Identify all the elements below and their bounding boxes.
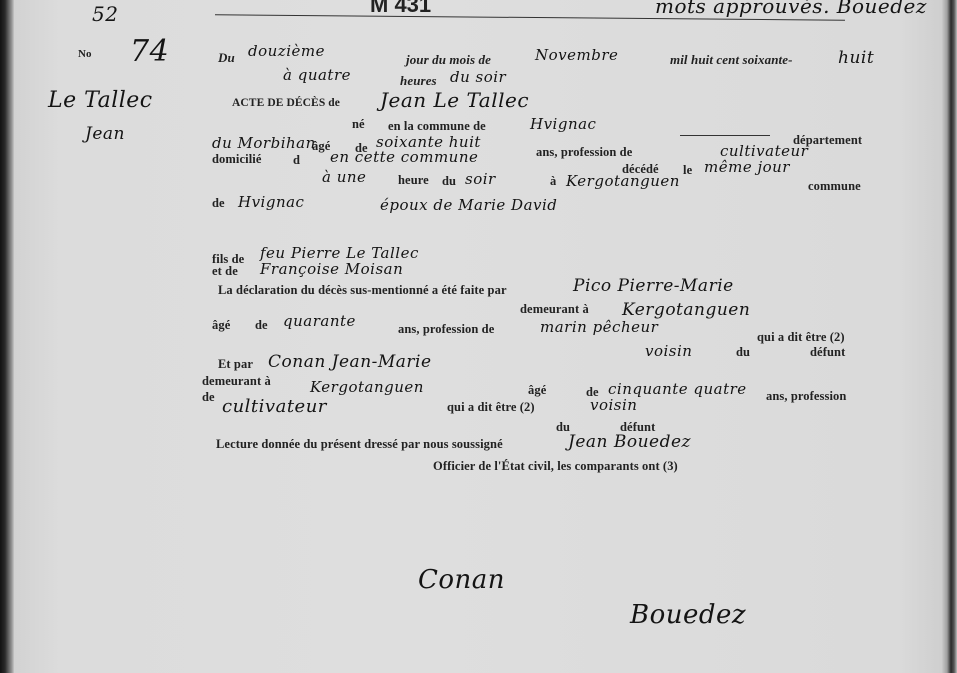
officer-name: Jean Bouedez <box>568 432 691 452</box>
commune-label: commune <box>808 179 861 194</box>
declarant1-age: quarante <box>283 312 356 330</box>
declarant1-name: Pico Pierre-Marie <box>573 276 734 296</box>
acte-de-deces-label: ACTE DE DÉCÈS de <box>232 97 340 109</box>
death-hour-value: à une <box>322 168 366 186</box>
no-label: No <box>78 48 92 60</box>
margin-surname: Le Tallec <box>48 88 153 113</box>
declarant2-name: Conan Jean-Marie <box>268 352 432 372</box>
death-place-value: Kergotanguen <box>566 172 680 190</box>
domicile-d-label: d <box>293 153 300 168</box>
domicile-value: en cette commune <box>330 148 478 166</box>
year-printed: mil huit cent soixante- <box>670 52 793 68</box>
officer-signature: Bouedez <box>630 600 746 630</box>
departement-value: du Morbihan <box>212 134 316 152</box>
death-commune-value: Hvignac <box>238 193 304 211</box>
day-value: douzième <box>248 42 325 60</box>
du-label: Du <box>218 50 235 66</box>
act-number: 74 <box>130 34 169 69</box>
le-label: le <box>683 163 692 178</box>
year-value: huit <box>838 48 874 68</box>
domicile-label: domicilié <box>212 152 262 167</box>
jour-du-mois-label: jour du mois de <box>406 52 491 68</box>
scanned-page: 52 M 431 mots approuvés. Bouedez No 74 D… <box>0 0 957 673</box>
declarant1-residence: Kergotanguen <box>622 300 750 320</box>
blank-line <box>680 135 770 136</box>
age-label: âgé <box>312 139 330 154</box>
a-label: à <box>550 174 556 189</box>
mother-value: Françoise Moisan <box>260 260 403 278</box>
top-approval-note: mots approuvés. Bouedez <box>655 0 927 18</box>
birth-commune: Hvignac <box>530 115 596 133</box>
witness-signature: Conan <box>418 565 505 595</box>
heures-label: heures <box>400 73 437 89</box>
et-de-label: et de <box>212 264 238 279</box>
heure-label: heure <box>398 173 429 188</box>
declarant2-residence: Kergotanguen <box>310 378 424 396</box>
age-label-1: âgé <box>212 318 230 333</box>
defunt-label-1: défunt <box>810 345 845 360</box>
en-la-commune-label: en la commune de <box>388 119 486 134</box>
book-binding-edge <box>0 0 14 673</box>
death-date-value: même jour <box>704 158 790 176</box>
declarant2-profession: cultivateur <box>222 396 327 417</box>
age-label-2: âgé <box>528 383 546 398</box>
demeurant-label-2: demeurant à <box>202 374 271 389</box>
du-label-2: du <box>442 174 456 189</box>
et-par-label: Et par <box>218 357 253 372</box>
month-value: Novembre <box>535 46 618 64</box>
spouse-value: époux de Marie David <box>380 196 557 214</box>
lecture-label: Lecture donnée du présent dressé par nou… <box>216 437 503 452</box>
qui-a-dit-label-1: qui a dit être (2) <box>757 330 845 345</box>
deceased-name: Jean Le Tallec <box>380 88 529 112</box>
du-label-3: du <box>736 345 750 360</box>
declarant2-relation: voisin <box>590 396 637 414</box>
page-right-edge <box>941 0 957 673</box>
death-period-value: soir <box>465 170 496 188</box>
demeurant-label-1: demeurant à <box>520 302 589 317</box>
ans-profession-label-2: ans, profession <box>766 389 846 404</box>
declarant1-relation: voisin <box>645 342 692 360</box>
ans-profession-label-1: ans, profession de <box>398 322 494 337</box>
page-number: 52 <box>92 2 118 26</box>
hour-period: du soir <box>450 68 506 86</box>
declarant1-profession: marin pêcheur <box>540 318 658 336</box>
qui-a-dit-label-2: qui a dit être (2) <box>447 400 535 415</box>
officier-label: Officier de l'État civil, les comparants… <box>433 459 678 474</box>
ans-profession-label: ans, profession de <box>536 145 632 160</box>
hour-value: à quatre <box>283 66 351 84</box>
commune-de-label: de <box>212 196 225 211</box>
declaration-intro: La déclaration du décès sus-mentionné a … <box>218 283 507 298</box>
age-de-label-1: de <box>255 318 268 333</box>
margin-firstname: Jean <box>85 124 125 144</box>
ne-label: né <box>352 117 365 132</box>
de-label-2: de <box>202 390 215 405</box>
